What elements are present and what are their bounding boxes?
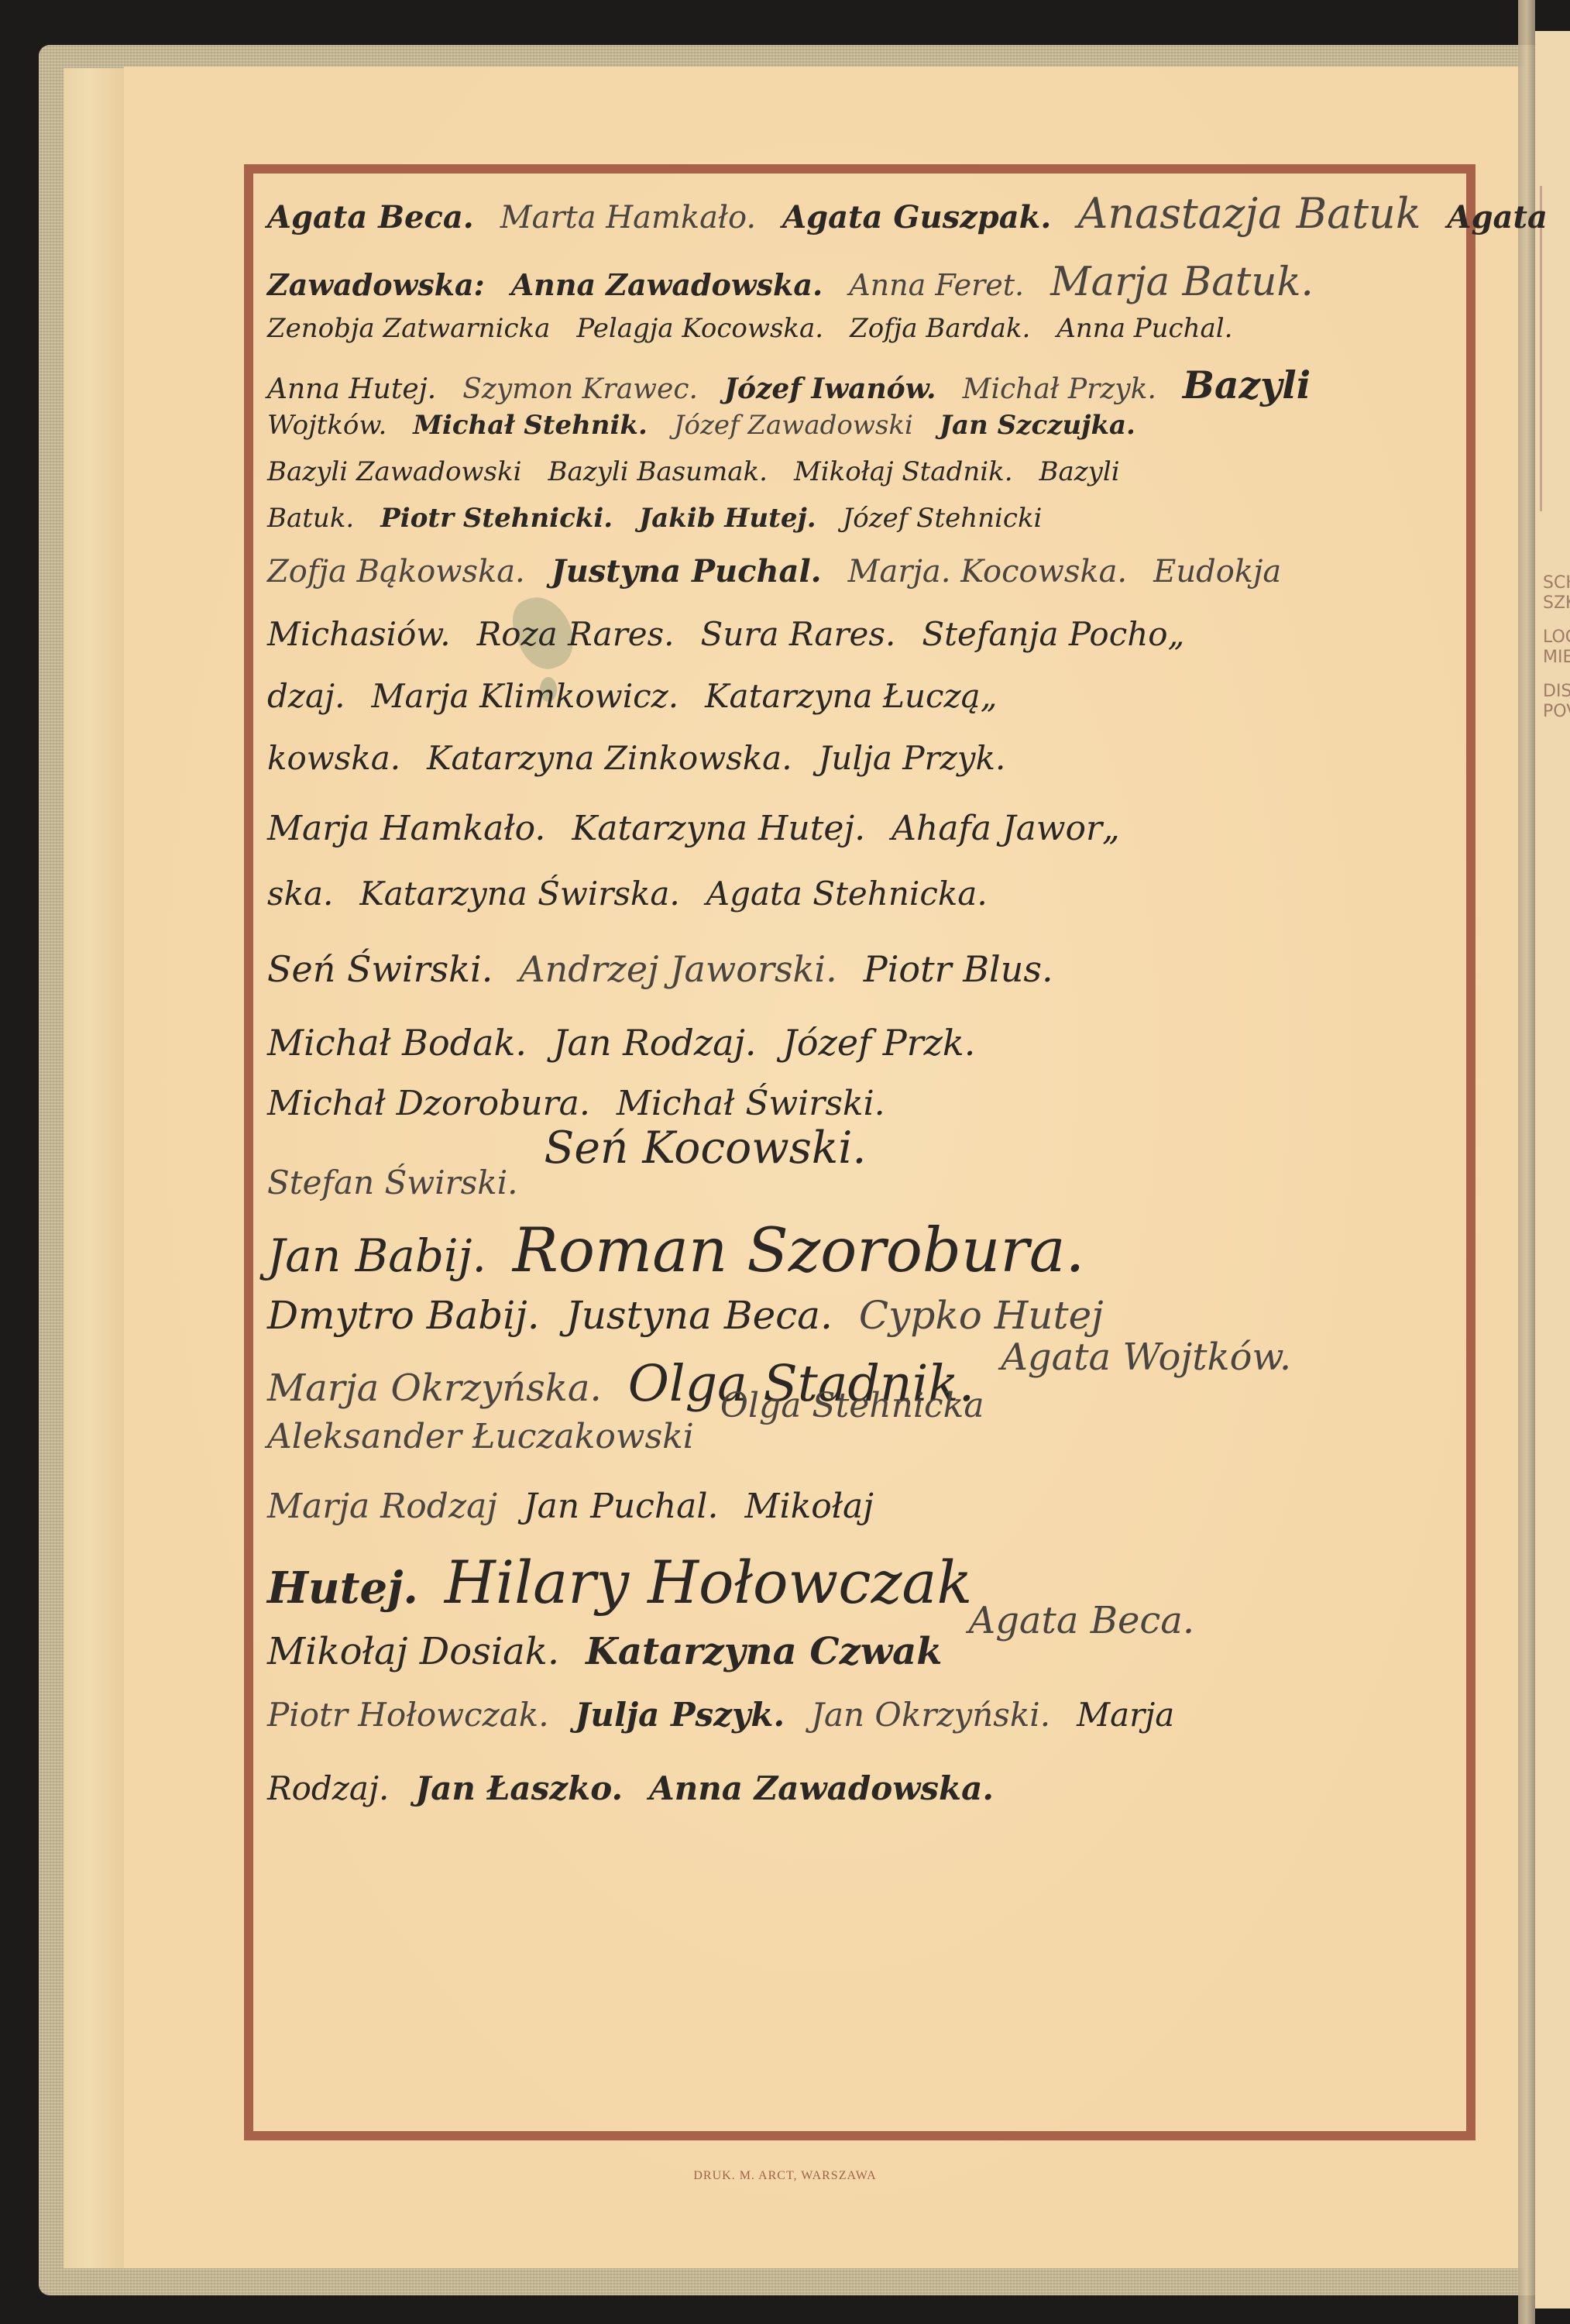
signature: Józef Zawadowski: [674, 410, 913, 441]
signature: kowska.: [267, 739, 400, 777]
signature: Michasiów.: [267, 615, 451, 653]
signature: Bazyli Basumak.: [548, 456, 767, 487]
signature: Piotr Hołowczak.: [267, 1696, 549, 1734]
signature-line: Mikołaj Dosiak.Katarzyna CzwakAgata Beca…: [267, 1630, 1458, 1673]
signature-line: Wojtków.Michał Stehnik.Józef ZawadowskiJ…: [267, 410, 1458, 441]
signature-line: Dmytro Babij.Justyna Beca.Cypko Hutej: [267, 1293, 1458, 1338]
signature: Michał Stehnik.: [413, 410, 648, 441]
signature-line: Batuk.Piotr Stehnicki.Jakib Hutej.Józef …: [267, 503, 1458, 534]
signature-line: Michał Dzorobura.Michał Świrski.: [267, 1084, 1458, 1123]
signature-frame: Agata Beca.Marta Hamkało.Agata Guszpak.A…: [244, 164, 1476, 2140]
signature: Seń Świrski.: [267, 948, 493, 990]
signature: Józef Stehnicki: [843, 503, 1043, 534]
printer-imprint: DRUK. M. ARCT, WARSZAWA: [0, 2169, 1570, 2183]
signature: Jan Rodzaj.: [553, 1022, 756, 1064]
signature: Jan Puchal.: [524, 1487, 718, 1526]
signature: Mikołaj Stadnik.: [794, 456, 1013, 487]
signature: Aleksander Łuczakowski: [267, 1417, 694, 1456]
signature: Justyna Puchal.: [551, 553, 822, 590]
signature-line: Zofja Bąkowska.Justyna Puchal.Marja. Koc…: [267, 553, 1458, 590]
signature: Katarzyna Zinkowska.: [427, 739, 792, 777]
signature: Anna Feret.: [849, 268, 1024, 302]
signature: Julja Przyk.: [819, 739, 1006, 777]
signature: Roza Rares.: [477, 615, 675, 653]
signature: ska.: [267, 875, 333, 913]
signature-line: Marja Hamkało.Katarzyna Hutej.Ahafa Jawo…: [267, 809, 1458, 848]
signature: Agata Wojtków.: [1001, 1336, 1291, 1379]
signature: Dmytro Babij.: [267, 1293, 540, 1338]
signature: Zofja Bąkowska.: [267, 554, 525, 590]
signature: Katarzyna Hutej.: [572, 809, 865, 848]
signature: Stefan Świrski.: [267, 1164, 518, 1202]
signature: Józef Iwanów.: [724, 373, 936, 405]
signature: Marja. Kocowska.: [848, 554, 1128, 590]
signature: Marja Batuk.: [1050, 259, 1314, 305]
signature: Katarzyna Łuczą„: [705, 677, 997, 715]
signature-list: Agata Beca.Marta Hamkało.Agata Guszpak.A…: [267, 174, 1458, 2131]
adjacent-page-text: DIST POV: [1543, 682, 1570, 722]
signature-line: Zawadowska:Anna Zawadowska.Anna Feret.Ma…: [267, 259, 1458, 305]
signature: Agata Stehnicka.: [706, 875, 988, 913]
signature-line: ska.Katarzyna Świrska.Agata Stehnicka.: [267, 875, 1458, 913]
signature-line: Seń Świrski.Andrzej Jaworski.Piotr Blus.: [267, 948, 1458, 990]
signature: Andrzej Jaworski.: [519, 948, 837, 990]
signature: Batuk.: [267, 503, 354, 534]
signature: Sura Rares.: [701, 615, 896, 653]
signature: Marja Hamkało.: [267, 809, 545, 848]
signature-line: Anna Hutej.Szymon Krawec.Józef Iwanów.Mi…: [267, 363, 1458, 407]
signature: Anna Puchal.: [1056, 313, 1232, 344]
signature: Marja Rodzaj: [267, 1487, 497, 1526]
signature: Marja Klimkowicz.: [371, 677, 679, 715]
signature: Jakib Hutej.: [639, 503, 816, 534]
signature-line: Jan Babij.Roman Szorobura.: [267, 1215, 1458, 1286]
signature: Piotr Blus.: [864, 948, 1053, 990]
signature-line: Michał Bodak.Jan Rodzaj.Józef Przk.: [267, 1022, 1458, 1064]
signature-line: Zenobja ZatwarnickaPelagja Kocowska.Zofj…: [267, 313, 1458, 344]
signature: Cypko Hutej: [859, 1293, 1104, 1338]
signature: Jan Babij.: [267, 1229, 486, 1282]
signature: Zofja Bardak.: [850, 313, 1030, 344]
signature: Hutej.: [267, 1563, 418, 1614]
signature: Marja: [1077, 1696, 1174, 1734]
signature: Marta Hamkało.: [500, 200, 756, 235]
signature: Szymon Krawec.: [462, 373, 698, 405]
signature: Michał Przyk.: [963, 373, 1156, 405]
adjacent-page-text: LOC MIE: [1543, 627, 1570, 668]
signature: Seń Kocowski.: [545, 1122, 867, 1174]
book-gutter: [1518, 0, 1535, 2324]
signature-line: dzaj.Marja Klimkowicz.Katarzyna Łuczą„: [267, 677, 1458, 715]
signature: Michał Dzorobura.: [267, 1084, 590, 1123]
signature: Jan Łaszko.: [415, 1769, 623, 1807]
signature: Bazyli: [1183, 363, 1311, 407]
signature: Pelagja Kocowska.: [576, 313, 823, 344]
signature: Julja Pszyk.: [575, 1696, 785, 1734]
signature: Katarzyna Świrska.: [359, 875, 679, 913]
signature-line: Stefan Świrski.Seń Kocowski.: [267, 1153, 1458, 1205]
signature: Eudokja: [1153, 554, 1281, 590]
signature: Ahafa Jawor„: [891, 809, 1120, 848]
page-edges: [64, 68, 126, 2268]
signature: Wojtków.: [267, 410, 386, 441]
signature: Roman Szorobura.: [513, 1215, 1084, 1286]
signature: Agata: [1448, 199, 1548, 235]
signature: Anna Zawadowska.: [511, 267, 823, 302]
signature: Anna Zawadowska.: [649, 1769, 994, 1807]
signature: Katarzyna Czwak: [586, 1630, 942, 1673]
signature: Mikołaj: [744, 1487, 873, 1526]
signature: Marja Okrzyńska.: [267, 1367, 602, 1410]
signature: Jan Szczujka.: [940, 410, 1135, 441]
signature-line: Marja RodzajJan Puchal.Mikołaj: [267, 1487, 1458, 1526]
adjacent-page: SCH SZK LOC MIE DIST POV: [1535, 31, 1570, 2309]
signature: Justyna Beca.: [566, 1293, 833, 1338]
adjacent-page-text: SCH SZK: [1543, 573, 1570, 614]
signature-line: Michasiów.Roza Rares.Sura Rares.Stefanja…: [267, 615, 1458, 653]
signature: Agata Beca.: [267, 199, 474, 235]
signature: Mikołaj Dosiak.: [267, 1630, 559, 1673]
signature: Stefanja Pocho„: [922, 615, 1184, 653]
signature: Rodzaj.: [267, 1769, 389, 1807]
signature: Bazyli Zawadowski: [267, 456, 521, 487]
signature: Michał Świrski.: [617, 1084, 885, 1123]
signature: Olga Stehnicka: [720, 1386, 984, 1425]
signature: Bazyli: [1039, 456, 1120, 487]
signature-line: Piotr Hołowczak.Julja Pszyk.Jan Okrzyńsk…: [267, 1696, 1458, 1734]
signature-line: Bazyli ZawadowskiBazyli Basumak.Mikołaj …: [267, 456, 1458, 487]
signature: Piotr Stehnicki.: [380, 503, 613, 534]
signature: Anastazja Batuk: [1077, 189, 1421, 238]
signature: Michał Bodak.: [267, 1022, 527, 1064]
signature: Agata Guszpak.: [782, 199, 1051, 235]
signature: Jan Okrzyński.: [811, 1696, 1050, 1734]
signature: Zenobja Zatwarnicka: [267, 313, 550, 344]
signature-line: kowska.Katarzyna Zinkowska.Julja Przyk.: [267, 739, 1458, 777]
signature-line: Agata Beca.Marta Hamkało.Agata Guszpak.A…: [267, 189, 1458, 238]
signature: Zawadowska:: [267, 267, 485, 302]
signature-line: Rodzaj.Jan Łaszko.Anna Zawadowska.: [267, 1769, 1458, 1807]
signature: Hilary Hołowczak: [445, 1549, 972, 1617]
signature: Anna Hutej.: [267, 373, 436, 405]
signature: Józef Przk.: [782, 1022, 975, 1064]
signature: dzaj.: [267, 677, 345, 715]
signature: Agata Beca.: [969, 1599, 1195, 1642]
signature-line: Hutej.Hilary Hołowczak: [267, 1549, 1458, 1617]
signature-line: Aleksander ŁuczakowskiOlga Stehnicka: [267, 1417, 1458, 1456]
